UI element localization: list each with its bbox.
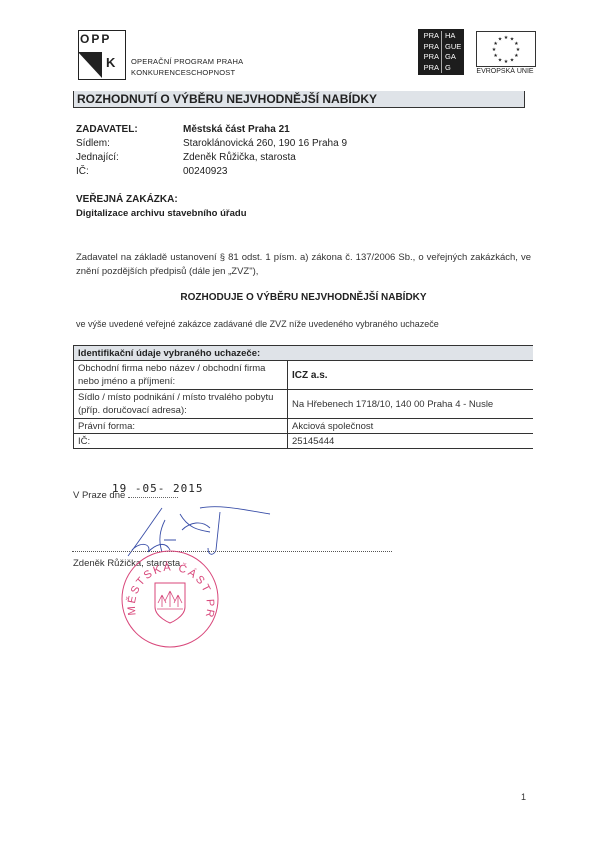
praha-logo-text: PRA — [418, 52, 442, 63]
oppk-logo-top: OPP — [80, 32, 111, 46]
authority-label: Sídlem: — [76, 138, 110, 149]
table-header-row: Identifikační údaje vybraného uchazeče: — [74, 346, 534, 361]
praha-logo: PRAHA PRAGUE PRAGA PRAG — [418, 29, 464, 75]
svg-text:★: ★ — [504, 35, 509, 41]
bidder-table: Identifikační údaje vybraného uchazeče: … — [73, 345, 533, 449]
table-value: Akciová společnost — [288, 419, 534, 434]
table-value: ICZ a.s. — [288, 361, 534, 390]
table-label: Obchodní firma nebo název / obchodní fir… — [74, 361, 288, 390]
date-dots — [128, 497, 178, 498]
svg-text:★: ★ — [493, 53, 498, 59]
authority-label: Jednající: — [76, 152, 119, 163]
oppk-logo-bottom: K — [106, 55, 115, 70]
praha-logo-text: PRA — [418, 63, 442, 74]
official-stamp-icon: MĚSTSKÁ ČÁST PRAHA 21 — [118, 545, 223, 650]
authority-value: Městská část Praha 21 — [183, 124, 290, 135]
table-value: 25145444 — [288, 434, 534, 449]
table-value: Na Hřebenech 1718/10, 140 00 Praha 4 - N… — [288, 390, 534, 419]
svg-text:★: ★ — [498, 57, 503, 63]
praha-logo-text: G — [442, 63, 451, 74]
praha-logo-text: GUE — [442, 42, 461, 53]
table-label: Sídlo / místo podnikání / místo trvalého… — [74, 390, 288, 419]
svg-text:★: ★ — [498, 37, 503, 43]
intro-text: Zadavatel na základě ustanovení § 81 ods… — [76, 251, 531, 279]
authority-value: 00240923 — [183, 166, 228, 177]
program-name-line2: KONKURENCESCHOPNOST — [131, 67, 243, 78]
eu-logo: ★★★★★★★★★★★★ EVROPSKÁ UNIE — [472, 31, 538, 77]
praha-logo-text: PRA — [418, 31, 442, 42]
svg-text:★: ★ — [504, 59, 509, 65]
contract-heading: VEŘEJNÁ ZAKÁZKA: — [76, 194, 178, 205]
table-label: IČ: — [74, 434, 288, 449]
table-header: Identifikační údaje vybraného uchazeče: — [74, 346, 534, 361]
table-row: Sídlo / místo podnikání / místo trvalého… — [74, 390, 534, 419]
table-row: Obchodní firma nebo název / obchodní fir… — [74, 361, 534, 390]
authority-value: Zdeněk Růžička, starosta — [183, 152, 296, 163]
eu-flag-icon: ★★★★★★★★★★★★ — [476, 31, 536, 67]
contract-name: Digitalizace archivu stavebního úřadu — [76, 208, 247, 219]
page-number: 1 — [521, 792, 526, 802]
praha-logo-text: HA — [442, 31, 455, 42]
oppk-logo: OPP K — [78, 30, 126, 80]
logo-triangle-icon — [78, 52, 104, 80]
program-name: OPERAČNÍ PROGRAM PRAHA KONKURENCESCHOPNO… — [131, 56, 243, 78]
authority-label: IČ: — [76, 166, 89, 177]
decision-subtext: ve výše uvedené veřejné zakázce zadávané… — [76, 319, 439, 329]
document-title: ROZHODNUTÍ O VÝBĚRU NEJVHODNĚJŠÍ NABÍDKY — [77, 92, 377, 106]
document-title-bar: ROZHODNUTÍ O VÝBĚRU NEJVHODNĚJŠÍ NABÍDKY — [73, 91, 525, 108]
praha-logo-text: GA — [442, 52, 456, 63]
table-label: Právní forma: — [74, 419, 288, 434]
table-row: Právní forma: Akciová společnost — [74, 419, 534, 434]
svg-text:★: ★ — [492, 47, 497, 53]
decision-heading: ROZHODUJE O VÝBĚRU NEJVHODNĚJŠÍ NABÍDKY — [76, 292, 531, 303]
praha-logo-text: PRA — [418, 42, 442, 53]
svg-text:★: ★ — [510, 57, 515, 63]
eu-label: EVROPSKÁ UNIE — [472, 68, 538, 75]
table-row: IČ: 25145444 — [74, 434, 534, 449]
authority-label: ZADAVATEL: — [76, 124, 138, 135]
date-stamp: 19 -05- 2015 — [112, 482, 203, 495]
authority-value: Staroklánovická 260, 190 16 Praha 9 — [183, 138, 347, 149]
program-name-line1: OPERAČNÍ PROGRAM PRAHA — [131, 56, 243, 67]
svg-text:★: ★ — [514, 53, 519, 59]
